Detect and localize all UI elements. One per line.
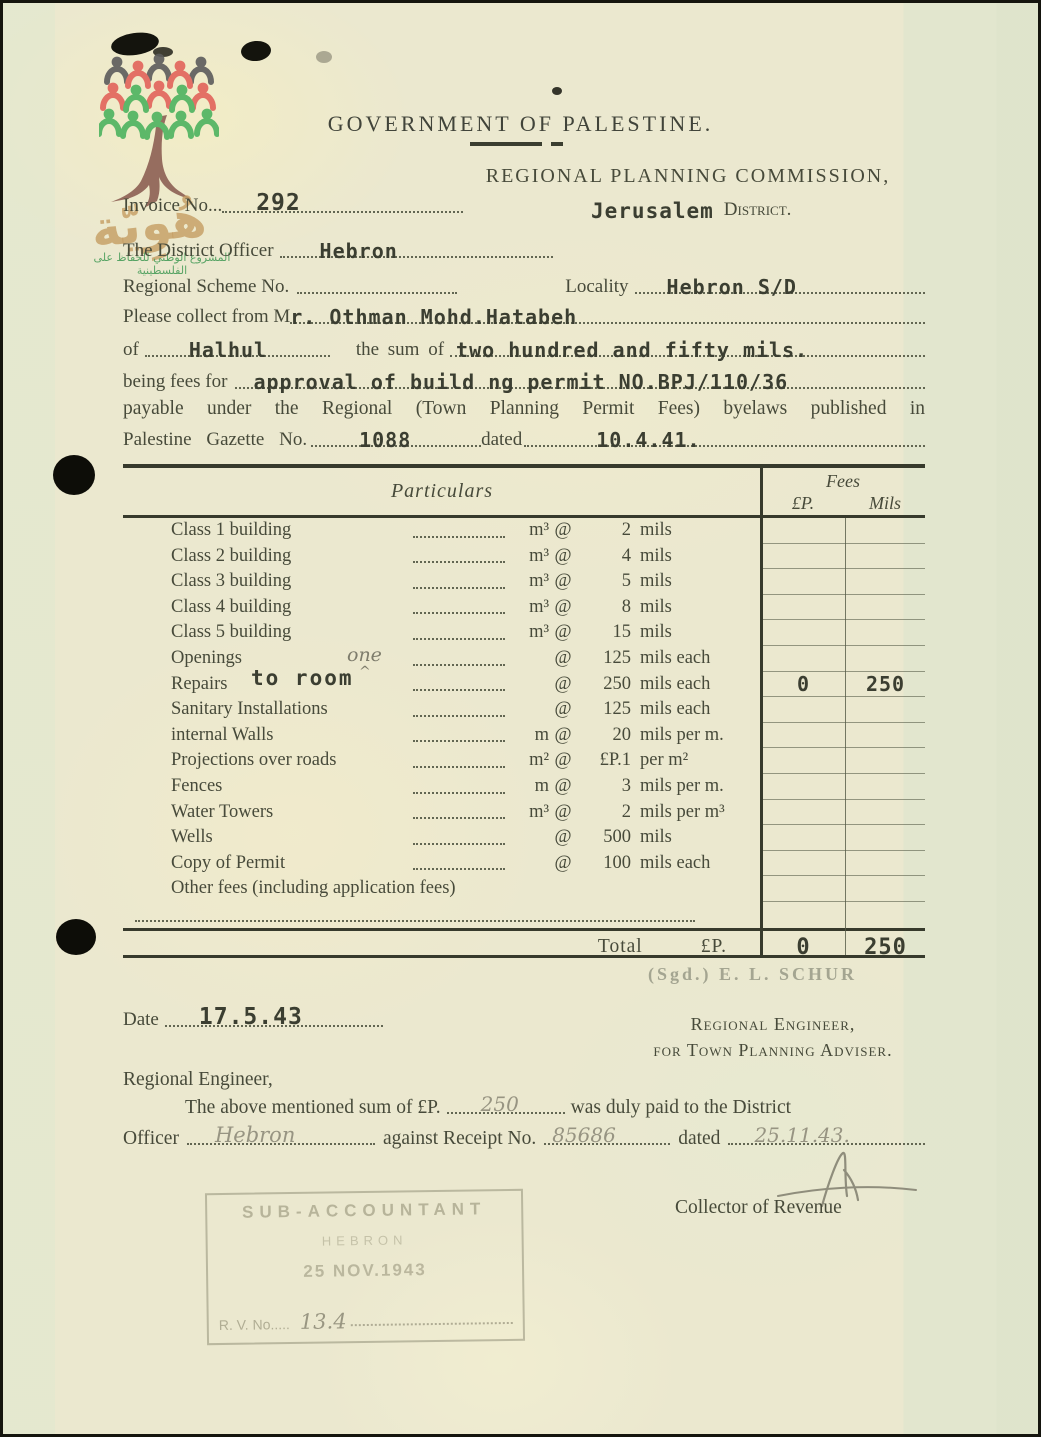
dated-label: dated <box>481 429 522 452</box>
dotted-leader <box>413 610 505 614</box>
of-sum-line: of Halhul the sum of two hundred and fif… <box>123 339 925 362</box>
gazette-no-field: 1088 <box>311 443 481 447</box>
paid-line-1: The above mentioned sum of £P. 250 was d… <box>123 1097 925 1119</box>
punch-hole <box>53 455 95 495</box>
date-value: 17.5.43 <box>199 1004 303 1032</box>
repairs-hand-annotation: one <box>347 644 382 666</box>
total-label: Total <box>598 936 643 958</box>
table-row: Other fees (including application fees) <box>123 876 925 902</box>
invoice-line: Invoice No... 292 <box>123 195 463 218</box>
table-row: Class 1 building m³ @ 2 mils <box>123 518 925 544</box>
fees-table: Particulars Fees £P. Mils Class 1 buildi… <box>123 464 925 958</box>
paid-text-b: was duly paid to the District <box>571 1097 791 1119</box>
stamp-location: HEBRON <box>208 1231 522 1250</box>
scheme-locality-line: Regional Scheme No. Locality Hebron S/D <box>123 276 925 299</box>
mils-header: Mils <box>845 493 925 514</box>
fees-for-label: being fees for <box>123 371 227 394</box>
title-rule <box>470 142 563 146</box>
receipt-no-hand: 85686 <box>552 1123 616 1147</box>
paid-officer-hand: Hebron <box>215 1123 295 1147</box>
fees-for-field: approval of build ng permit NO.BPJ/110/3… <box>235 385 925 389</box>
stamp-date: 25 NOV.1943 <box>208 1259 522 1283</box>
receipt-word: against Receipt No. <box>383 1128 536 1150</box>
officer-label: The District Officer <box>123 240 274 263</box>
fees-header-label: Fees <box>761 471 925 492</box>
rv-no-hand: 13.4 <box>300 1309 347 1334</box>
dotted-leader <box>413 790 505 794</box>
gazette-date-field: 10.4.41. <box>524 443 925 447</box>
collect-label: Please collect from M <box>123 306 290 329</box>
locality-value: Hebron S/D <box>667 275 797 299</box>
fees-for-line: being fees for approval of build ng perm… <box>123 371 925 394</box>
dotted-leader <box>413 534 505 538</box>
stamp-rv-line: R. V. No..... 13.4 <box>219 1307 513 1333</box>
dotted-leader <box>413 559 505 563</box>
dotted-leader <box>413 764 505 768</box>
fees-subdivider <box>845 518 846 955</box>
fees-for-value: approval of build ng permit NO.BPJ/110/3… <box>253 370 788 394</box>
engineer-signature-block: Regional Engineer, for Town Planning Adv… <box>623 1011 923 1063</box>
scanned-invoice-document: هُوِيّة المشروع الوطني للحفاظ على الفلسط… <box>0 0 1041 1437</box>
date-label: Date <box>123 1009 159 1032</box>
town-value: Halhul <box>189 338 267 362</box>
dotted-leader <box>413 815 505 819</box>
sum-label: the sum of <box>356 339 444 362</box>
insertion-caret: ^ <box>359 664 371 680</box>
date-field: 17.5.43 <box>165 1023 383 1027</box>
table-row: Openings @ 125 mils each <box>123 646 925 672</box>
ink-blot <box>240 40 272 63</box>
particulars-header: Particulars <box>123 468 761 515</box>
page-title: GOVERNMENT OF PALESTINE. <box>3 111 1038 137</box>
dotted-leader <box>413 687 505 691</box>
sum-field: two hundred and fifty mils. <box>450 353 925 357</box>
locality-label: Locality <box>565 276 628 299</box>
paid-amount-hand: 250 <box>481 1092 519 1116</box>
commission-heading: REGIONAL PLANNING COMMISSION, <box>403 165 973 188</box>
table-row: Repairs @ 250 mils each 0 250 <box>123 672 925 698</box>
table-row: Wells @ 500 mils <box>123 825 925 851</box>
table-body: Class 1 building m³ @ 2 mils Class 2 bui… <box>123 518 925 928</box>
table-row: Class 4 building m³ @ 8 mils <box>123 595 925 621</box>
rv-no-label: R. V. No..... <box>219 1316 290 1333</box>
gazette-date: 10.4.41. <box>596 428 700 452</box>
engineer-subtitle: for Town Planning Adviser. <box>623 1037 923 1063</box>
paid-date-field: 25.11.43. <box>728 1141 925 1145</box>
date-line: Date 17.5.43 <box>123 1009 383 1032</box>
table-row: Class 2 building m³ @ 4 mils <box>123 544 925 570</box>
gazette-line: Palestine Gazette No. 1088 dated 10.4.41… <box>123 429 925 452</box>
paid-text-a: The above mentioned sum of £P. <box>185 1097 441 1119</box>
locality-field: Hebron S/D <box>635 290 925 294</box>
dotted-leader <box>297 290 457 294</box>
table-row: Projections over roads m² @ £P.1 per m² <box>123 748 925 774</box>
total-mils: 250 <box>846 935 925 960</box>
invoice-number: 292 <box>256 190 301 218</box>
officer-field: Hebron <box>280 254 553 258</box>
pounds-header: £P. <box>761 493 845 514</box>
district-label: District. <box>724 199 792 222</box>
officer-word: Officer <box>123 1128 179 1150</box>
ink-blot <box>316 51 332 63</box>
table-row: internal Walls m @ 20 mils per m. <box>123 723 925 749</box>
paid-line-2: Officer Hebron against Receipt No. 85686… <box>123 1128 925 1150</box>
signed-stamp: (Sgd.) E. L. SCHUR <box>648 964 857 985</box>
dotted-leader <box>413 713 505 717</box>
paid-officer-field: Hebron <box>187 1141 375 1145</box>
table-header: Particulars Fees £P. Mils <box>123 468 925 518</box>
town-field: Halhul <box>145 353 330 357</box>
collector-of-revenue-label: Collector of Revenue <box>675 1197 842 1219</box>
repairs-typed-annotation: to room <box>251 666 354 690</box>
invoice-field: 292 <box>222 209 463 213</box>
gazette-label: Palestine Gazette No. <box>123 429 307 452</box>
district-line: Jerusalem District. <box>591 199 791 222</box>
payer-name: r. Othman Mohd.Hatabeh <box>290 305 577 329</box>
table-row: Class 3 building m³ @ 5 mils <box>123 569 925 595</box>
table-row: Fences m @ 3 mils per m. <box>123 774 925 800</box>
total-currency: £P. <box>701 936 727 958</box>
salutation: Regional Engineer, <box>123 1069 273 1091</box>
engineer-title: Regional Engineer, <box>623 1011 923 1037</box>
table-row: Water Towers m³ @ 2 mils per m³ <box>123 800 925 826</box>
invoice-label: Invoice No... <box>123 195 222 218</box>
table-row: Class 5 building m³ @ 15 mils <box>123 620 925 646</box>
receipt-no-field: 85686 <box>544 1141 670 1145</box>
dotted-leader <box>413 866 505 870</box>
dotted-leader <box>413 738 505 742</box>
stamp-office: SUB-ACCOUNTANT <box>207 1199 521 1223</box>
dotted-leader <box>413 841 505 845</box>
of-label: of <box>123 339 139 362</box>
total-pounds: 0 <box>761 935 846 960</box>
dotted-leader <box>351 1320 513 1326</box>
table-row: Sanitary Installations @ 125 mils each <box>123 697 925 723</box>
paid-amount-field: 250 <box>447 1110 565 1114</box>
officer-value: Hebron <box>320 239 398 263</box>
dotted-leader <box>413 585 505 589</box>
paid-date-hand: 25.11.43. <box>754 1123 849 1147</box>
payable-text: payable under the Regional (Town Plannin… <box>123 398 925 420</box>
table-divider <box>760 468 763 955</box>
district-value: Jerusalem <box>591 199 714 224</box>
dated-word: dated <box>678 1128 720 1150</box>
dotted-leader <box>413 662 505 666</box>
payer-field: r. Othman Mohd.Hatabeh <box>290 320 925 324</box>
dotted-leader <box>413 636 505 640</box>
table-row <box>123 902 925 928</box>
ink-blot <box>552 87 562 95</box>
gazette-no: 1088 <box>359 428 411 452</box>
punch-hole <box>56 919 96 955</box>
sub-accountant-stamp: SUB-ACCOUNTANT HEBRON 25 NOV.1943 R. V. … <box>205 1189 525 1345</box>
scheme-label: Regional Scheme No. <box>123 276 289 299</box>
total-row: Total £P. 0 250 <box>123 928 925 964</box>
district-officer-line: The District Officer Hebron <box>123 240 553 263</box>
dotted-leader <box>135 918 695 922</box>
fees-header: Fees £P. Mils <box>761 468 925 515</box>
collect-line: Please collect from M r. Othman Mohd.Hat… <box>123 306 925 329</box>
table-row: Copy of Permit @ 100 mils each <box>123 851 925 877</box>
sum-value: two hundred and fifty mils. <box>456 338 808 362</box>
